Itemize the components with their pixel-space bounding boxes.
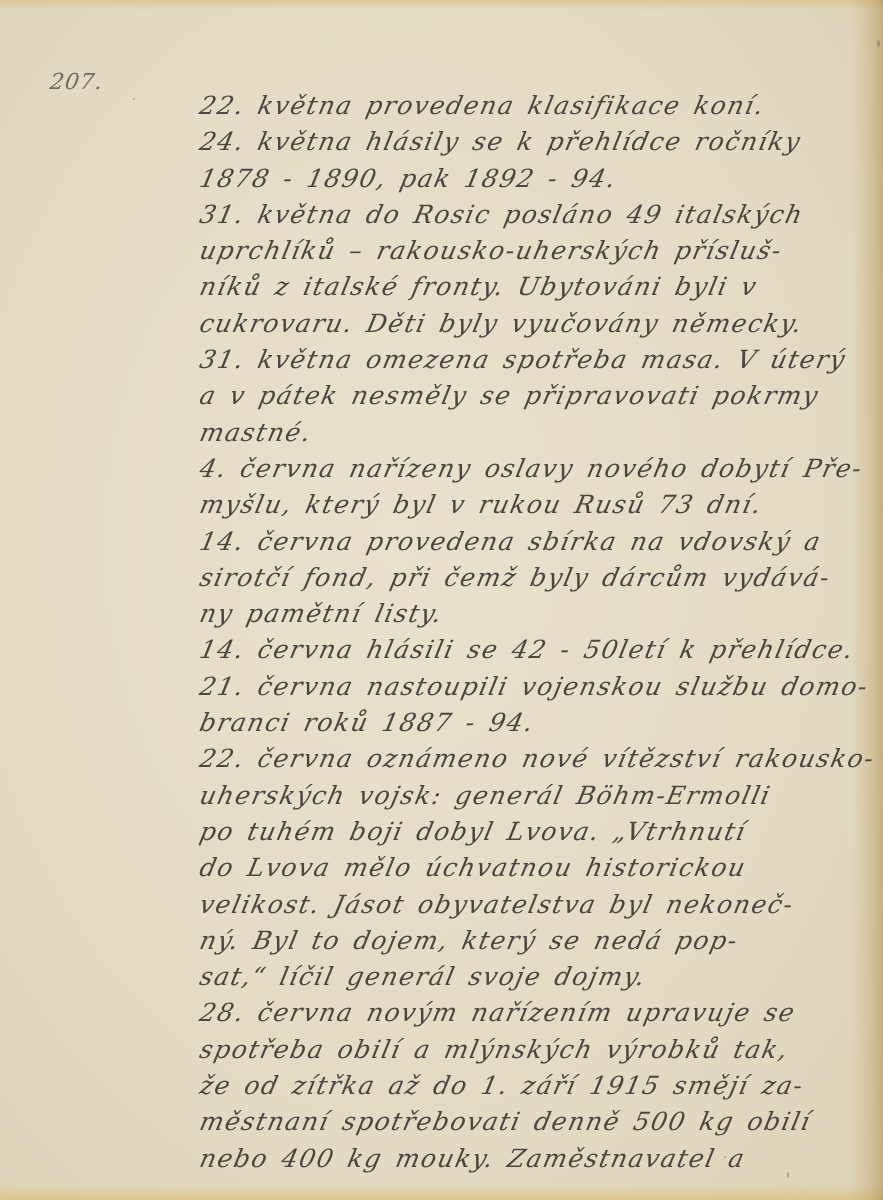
text-line: spotřeba obilí a mlýnských výrobků tak, (196, 1032, 864, 1068)
handwritten-text-block: 22. května provedena klasifikace koní. 2… (200, 88, 860, 1177)
text-line: níků z italské fronty. Ubytováni byli v (196, 269, 864, 305)
text-line: sirotčí fond, při čemž byly dárcům vydáv… (196, 560, 864, 596)
text-line: cukrovaru. Děti byly vyučovány německy. (196, 306, 864, 342)
text-line: nebo 400 kg mouky. Zaměstnavatel a (196, 1141, 864, 1177)
text-line: 4. června nařízeny oslavy nového dobytí … (196, 451, 864, 487)
text-line: 28. června novým nařízením upravuje se (196, 995, 864, 1031)
text-line: 22. června oznámeno nové vítězství rakou… (196, 741, 864, 777)
text-line: 31. května omezena spotřeba masa. V úter… (196, 342, 864, 378)
text-line: uherských vojsk: generál Böhm-Ermolli (196, 778, 864, 814)
text-line: 14. června provedena sbírka na vdovský a (196, 524, 864, 560)
text-line: a v pátek nesměly se připravovati pokrmy (196, 378, 864, 414)
paper-speck (724, 1156, 726, 1158)
text-line: myšlu, který byl v rukou Rusů 73 dní. (196, 487, 864, 523)
page-number: 207. (48, 70, 104, 95)
text-line: ny pamětní listy. (196, 596, 864, 632)
text-line: městnaní spotřebovati denně 500 kg obilí (196, 1104, 864, 1140)
text-line: 24. května hlásily se k přehlídce ročník… (196, 124, 864, 160)
text-line: velikost. Jásot obyvatelstva byl nekoneč… (196, 887, 864, 923)
text-line: ný. Byl to dojem, který se nedá pop- (196, 923, 864, 959)
paper-speck (787, 1172, 789, 1178)
text-line: branci roků 1887 - 94. (196, 705, 864, 741)
text-line: 22. května provedena klasifikace koní. (196, 88, 864, 124)
text-line: uprchlíků – rakousko-uherských přísluš- (196, 233, 864, 269)
paper-speck (133, 98, 135, 100)
text-line: že od zítřka až do 1. září 1915 smějí za… (196, 1068, 864, 1104)
text-line: do Lvova mělo úchvatnou historickou (196, 850, 864, 886)
manuscript-page: 207. 22. května provedena klasifikace ko… (0, 0, 883, 1200)
text-line: 21. června nastoupili vojenskou službu d… (196, 669, 864, 705)
text-line: 14. června hlásili se 42 - 50letí k přeh… (196, 632, 864, 668)
text-line: 1878 - 1890, pak 1892 - 94. (196, 161, 864, 197)
text-line: po tuhém boji dobyl Lvova. „Vtrhnutí (196, 814, 864, 850)
text-line: 31. května do Rosic posláno 49 italských (196, 197, 864, 233)
text-line: mastné. (196, 415, 864, 451)
text-line: sat,“ líčil generál svoje dojmy. (196, 959, 864, 995)
paper-speck (877, 40, 880, 47)
